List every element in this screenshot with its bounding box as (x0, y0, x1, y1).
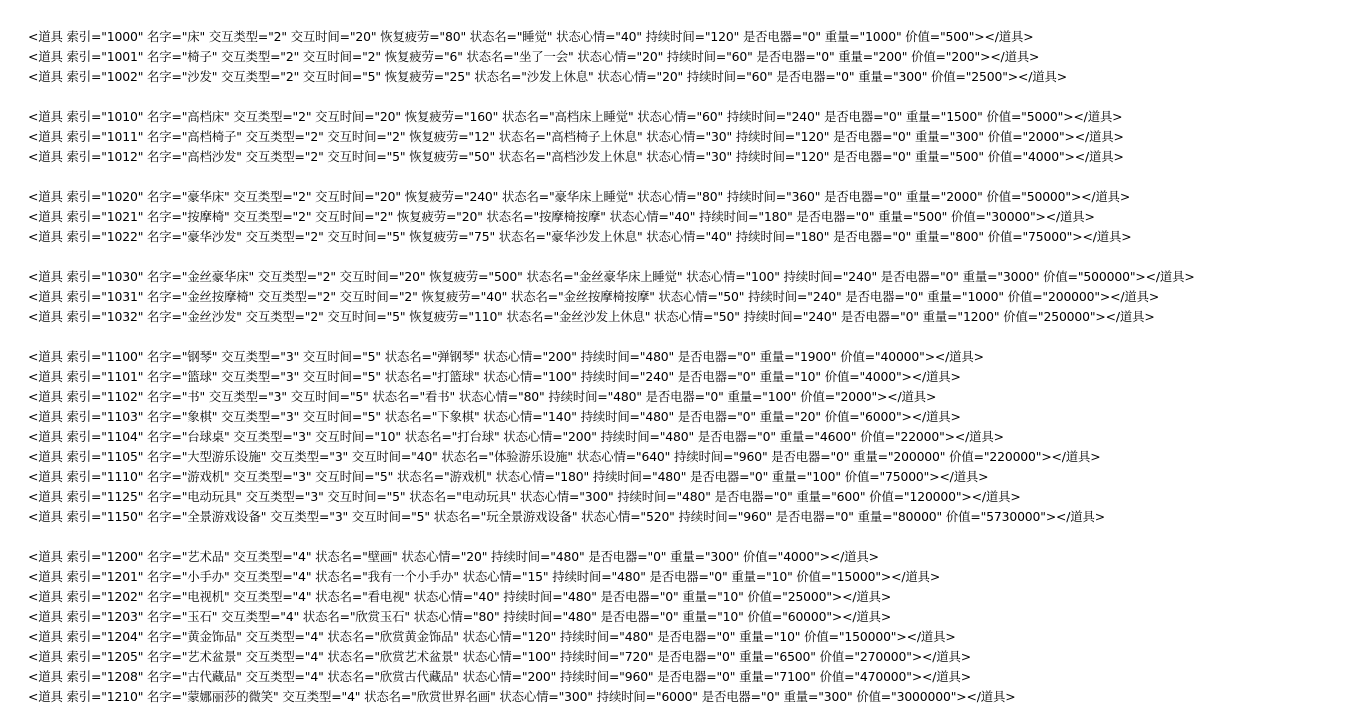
item-line: <道具 索引="1001" 名字="椅子" 交互类型="2" 交互时间="2" … (28, 47, 1347, 67)
item-line: <道具 索引="1203" 名字="玉石" 交互类型="4" 状态名="欣赏玉石… (28, 607, 1347, 627)
item-group-basic-furniture: <道具 索引="1000" 名字="床" 交互类型="2" 交互时间="20" … (28, 27, 1347, 87)
item-group-decorations: <道具 索引="1200" 名字="艺术品" 交互类型="4" 状态名="壁画"… (28, 547, 1347, 707)
item-group-gold-furniture: <道具 索引="1030" 名字="金丝豪华床" 交互类型="2" 交互时间="… (28, 267, 1347, 327)
item-line: <道具 索引="1110" 名字="游戏机" 交互类型="3" 交互时间="5"… (28, 467, 1347, 487)
item-group-entertainment: <道具 索引="1100" 名字="钢琴" 交互类型="3" 交互时间="5" … (28, 347, 1347, 527)
blank-line (28, 247, 1347, 267)
item-line: <道具 索引="1104" 名字="台球桌" 交互类型="3" 交互时间="10… (28, 427, 1347, 447)
item-line: <道具 索引="1202" 名字="电视机" 交互类型="4" 状态名="看电视… (28, 587, 1347, 607)
item-group-premium-furniture: <道具 索引="1010" 名字="高档床" 交互类型="2" 交互时间="20… (28, 107, 1347, 167)
item-line: <道具 索引="1021" 名字="按摩椅" 交互类型="2" 交互时间="2"… (28, 207, 1347, 227)
item-line: <道具 索引="1150" 名字="全景游戏设备" 交互类型="3" 交互时间=… (28, 507, 1347, 527)
item-line: <道具 索引="1200" 名字="艺术品" 交互类型="4" 状态名="壁画"… (28, 547, 1347, 567)
blank-line (28, 327, 1347, 347)
item-line: <道具 索引="1102" 名字="书" 交互类型="3" 交互时间="5" 状… (28, 387, 1347, 407)
item-line: <道具 索引="1010" 名字="高档床" 交互类型="2" 交互时间="20… (28, 107, 1347, 127)
document-body: <道具 索引="1000" 名字="床" 交互类型="2" 交互时间="20" … (28, 27, 1347, 707)
blank-line (28, 87, 1347, 107)
item-line: <道具 索引="1002" 名字="沙发" 交互类型="2" 交互时间="5" … (28, 67, 1347, 87)
blank-line (28, 167, 1347, 187)
item-line: <道具 索引="1103" 名字="象棋" 交互类型="3" 交互时间="5" … (28, 407, 1347, 427)
item-line: <道具 索引="1000" 名字="床" 交互类型="2" 交互时间="20" … (28, 27, 1347, 47)
item-line: <道具 索引="1201" 名字="小手办" 交互类型="4" 状态名="我有一… (28, 567, 1347, 587)
item-line: <道具 索引="1030" 名字="金丝豪华床" 交互类型="2" 交互时间="… (28, 267, 1347, 287)
item-line: <道具 索引="1205" 名字="艺术盆景" 交互类型="4" 状态名="欣赏… (28, 647, 1347, 667)
item-line: <道具 索引="1032" 名字="金丝沙发" 交互类型="2" 交互时间="5… (28, 307, 1347, 327)
item-line: <道具 索引="1012" 名字="高档沙发" 交互类型="2" 交互时间="5… (28, 147, 1347, 167)
item-line: <道具 索引="1101" 名字="篮球" 交互类型="3" 交互时间="5" … (28, 367, 1347, 387)
item-line: <道具 索引="1100" 名字="钢琴" 交互类型="3" 交互时间="5" … (28, 347, 1347, 367)
item-line: <道具 索引="1020" 名字="豪华床" 交互类型="2" 交互时间="20… (28, 187, 1347, 207)
item-line: <道具 索引="1204" 名字="黄金饰品" 交互类型="4" 状态名="欣赏… (28, 627, 1347, 647)
item-line: <道具 索引="1210" 名字="蒙娜丽莎的微笑" 交互类型="4" 状态名=… (28, 687, 1347, 707)
item-line: <道具 索引="1208" 名字="古代藏品" 交互类型="4" 状态名="欣赏… (28, 667, 1347, 687)
item-line: <道具 索引="1125" 名字="电动玩具" 交互类型="3" 交互时间="5… (28, 487, 1347, 507)
item-group-luxury-furniture: <道具 索引="1020" 名字="豪华床" 交互类型="2" 交互时间="20… (28, 187, 1347, 247)
blank-line (28, 527, 1347, 547)
item-line: <道具 索引="1031" 名字="金丝按摩椅" 交互类型="2" 交互时间="… (28, 287, 1347, 307)
item-line: <道具 索引="1105" 名字="大型游乐设施" 交互类型="3" 交互时间=… (28, 447, 1347, 467)
item-line: <道具 索引="1011" 名字="高档椅子" 交互类型="2" 交互时间="2… (28, 127, 1347, 147)
item-line: <道具 索引="1022" 名字="豪华沙发" 交互类型="2" 交互时间="5… (28, 227, 1347, 247)
